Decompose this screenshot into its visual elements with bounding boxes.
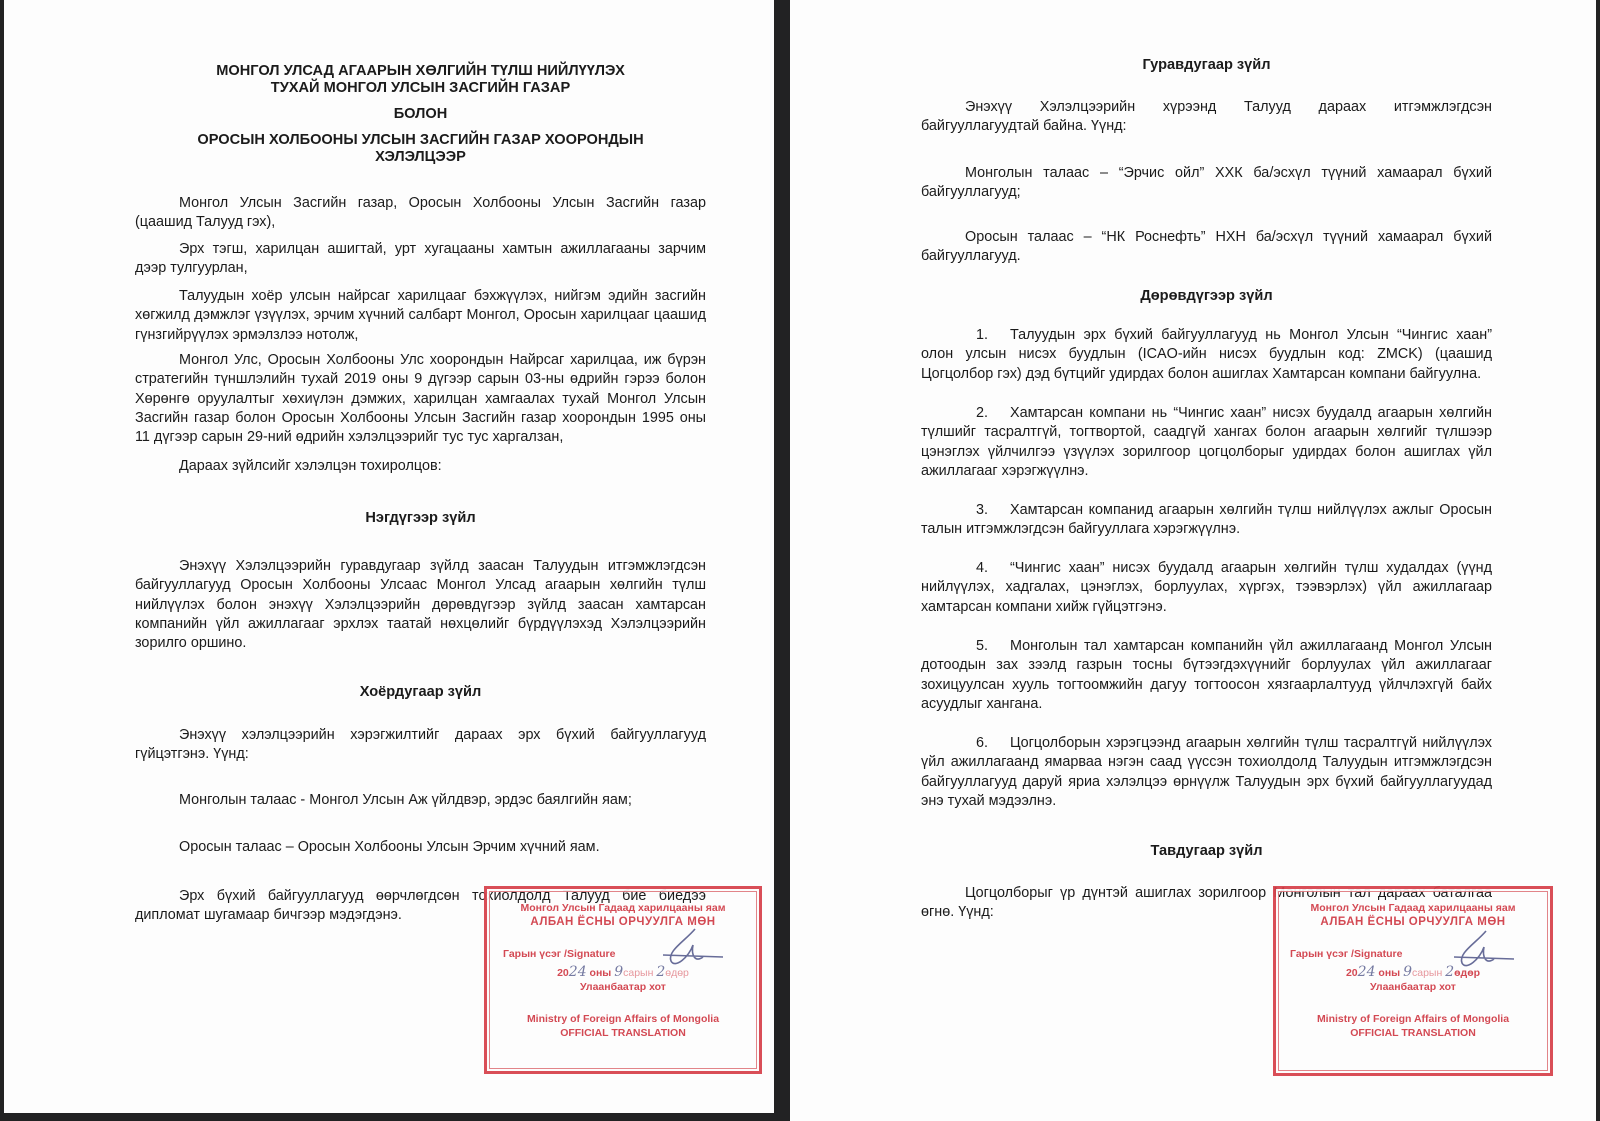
article-3-russian-side: Оросын талаас – “НК Роснефть” НХН ба/эсх… (921, 228, 1492, 267)
official-translation-stamp: Монгол Улсын Гадаад харилцааны яам АЛБАН… (1273, 886, 1553, 1076)
stamp-date-year: 24 (569, 964, 587, 980)
document-page-1: МОНГОЛ УЛСАД АГААРЫН ХӨЛГИЙН ТҮЛШ НИЙЛҮҮ… (4, 0, 774, 1113)
preamble-4: Монгол Улс, Оросын Холбооны Улс хооронды… (135, 351, 706, 447)
article-2-russian-side: Оросын талаас – Оросын Холбооны Улсын Эр… (135, 838, 706, 857)
title-line-3: БОЛОН (135, 106, 706, 123)
stamp-official-en: OFFICIAL TRANSLATION (1276, 1026, 1550, 1040)
stamp-city: Улаанбаатар хот (487, 980, 759, 994)
title-line-2: ТУХАЙ МОНГОЛ УЛСЫН ЗАСГИЙН ГАЗАР (135, 80, 706, 97)
stamp-city: Улаанбаатар хот (1276, 980, 1550, 994)
article-3-mongolian-side: Монголын талаас – “Эрчис ойл” ХХК ба/эсх… (921, 164, 1492, 203)
item-number: 2. (976, 404, 1010, 423)
stamp-official-en: OFFICIAL TRANSLATION (487, 1026, 759, 1040)
preamble-5: Дараах зүйлсийг хэлэлцэн тохиролцов: (135, 457, 706, 476)
stamp-official-mn: АЛБАН ЁСНЫ ОРЧУУЛГА МӨН (1276, 915, 1550, 929)
agreement-title: МОНГОЛ УЛСАД АГААРЫН ХӨЛГИЙН ТҮЛШ НИЙЛҮҮ… (135, 63, 706, 166)
official-translation-stamp: Монгол Улсын Гадаад харилцааны яам АЛБАН… (484, 886, 762, 1074)
signature-icon (655, 927, 725, 971)
article-4-item: 1.Талуудын эрх бүхий байгууллагууд нь Мо… (921, 326, 1492, 384)
article-2-mongolian-side: Монголын талаас - Монгол Улсын Аж үйлдвэ… (135, 791, 706, 810)
article-1-text: Энэхүү Хэлэлцээрийн гуравдугаар зүйлд за… (135, 557, 706, 653)
title-line-4: ОРОСЫН ХОЛБООНЫ УЛСЫН ЗАСГИЙН ГАЗАР ХООР… (135, 132, 706, 149)
stamp-date-year: 24 (1358, 964, 1376, 980)
title-line-1: МОНГОЛ УЛСАД АГААРЫН ХӨЛГИЙН ТҮЛШ НИЙЛҮҮ… (135, 63, 706, 80)
article-4-heading: Дөрөвдүгээр зүйл (921, 287, 1492, 306)
preamble-1: Монгол Улсын Засгийн газар, Оросын Холбо… (135, 194, 706, 233)
item-number: 5. (976, 637, 1010, 656)
article-2-intro: Энэхүү хэлэлцээрийн хэрэгжилтийг дараах … (135, 726, 706, 765)
item-number: 6. (976, 734, 1010, 753)
article-4-item: 2.Хамтарсан компани нь “Чингис хаан” нис… (921, 404, 1492, 481)
stamp-date-month: 9 (1403, 964, 1412, 980)
signature-icon (1446, 929, 1516, 973)
article-4-item: 4.“Чингис хаан” нисэх буудалд агаарын хө… (921, 559, 1492, 617)
stamp-date-month: 9 (614, 964, 623, 980)
article-3-intro: Энэхүү Хэлэлцээрийн хүрээнд Талууд дараа… (921, 98, 1492, 137)
title-line-5: ХЭЛЭЛЦЭЭР (135, 149, 706, 166)
article-3-heading: Гуравдугаар зүйл (921, 56, 1492, 75)
stamp-ministry-en: Ministry of Foreign Affairs of Mongolia (1276, 1012, 1550, 1026)
stamp-ministry-mn: Монгол Улсын Гадаад харилцааны яам (1276, 901, 1550, 915)
article-5-heading: Тавдугаар зүйл (921, 842, 1492, 861)
article-1-heading: Нэгдүгээр зүйл (135, 509, 706, 528)
stamp-ministry-mn: Монгол Улсын Гадаад харилцааны яам (487, 901, 759, 915)
preamble-3: Талуудын хоёр улсын найрсаг харилцааг бэ… (135, 287, 706, 345)
preamble-2: Эрх тэгш, харилцан ашигтай, урт хугацаан… (135, 240, 706, 279)
stamp-ministry-en: Ministry of Foreign Affairs of Mongolia (487, 1012, 759, 1026)
item-number: 3. (976, 501, 1010, 520)
article-4-item: 5.Монголын тал хамтарсан компанийн үйл а… (921, 637, 1492, 714)
item-number: 1. (976, 326, 1010, 345)
article-4-item: 3.Хамтарсан компанид агаарын хөлгийн түл… (921, 501, 1492, 540)
article-4-item: 6.Цогцолборын хэрэгцээнд агаарын хөлгийн… (921, 734, 1492, 811)
item-number: 4. (976, 559, 1010, 578)
article-2-heading: Хоёрдугаар зүйл (135, 683, 706, 702)
document-page-2: Гуравдугаар зүйл Энэхүү Хэлэлцээрийн хүр… (790, 0, 1596, 1121)
